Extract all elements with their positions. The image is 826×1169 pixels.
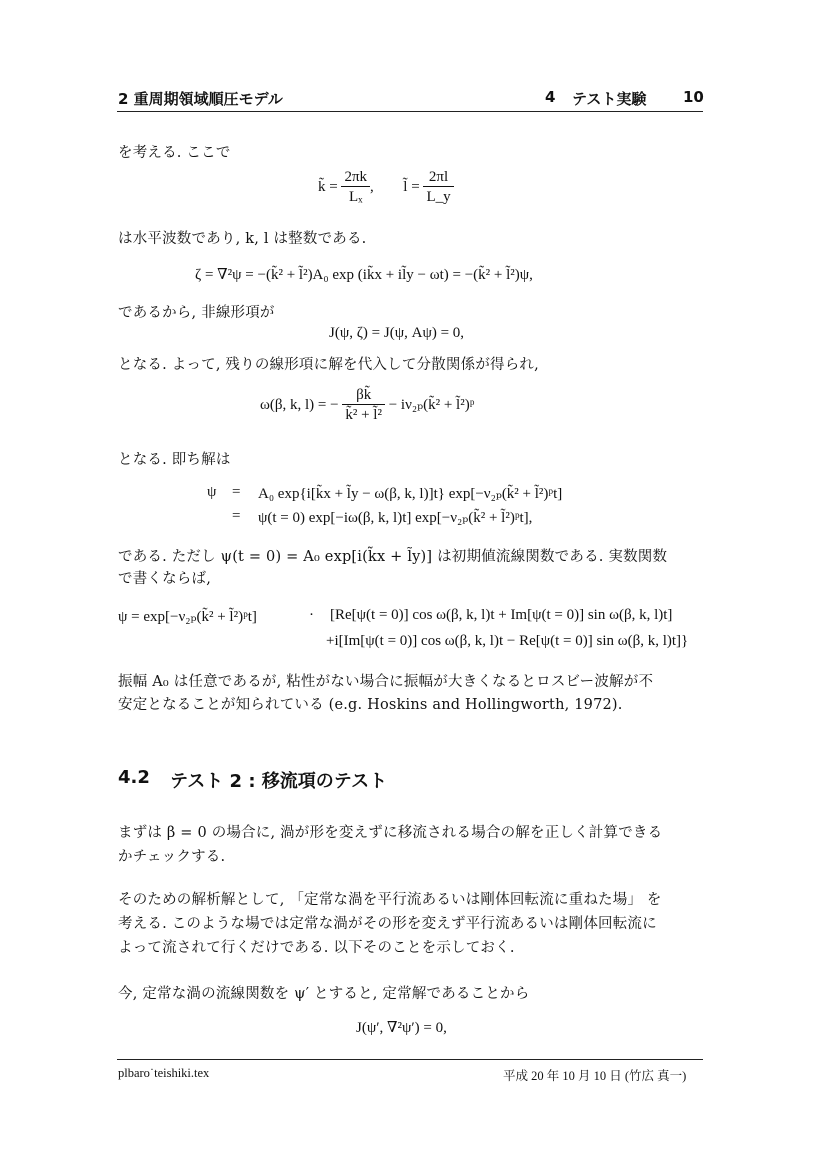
eq-l-tilde: l̃ =	[403, 179, 419, 195]
eq-solution-line2: ψ(t = 0) exp[−iω(β, k, l)t] exp[−ν₂ₚ(k̃²…	[258, 508, 532, 527]
paragraph: かチェックする.	[118, 847, 225, 867]
equation-wavenumbers: k̃ = 2πk Lₓ , l̃ = 2πl L_y	[318, 168, 454, 207]
paragraph: 安定となることが知られている (e.g. Hoskins and Holling…	[118, 695, 623, 715]
paragraph: まずは β = 0 の場合に, 渦が形を変えずに移流される場合の解を正しく計算で…	[118, 823, 662, 843]
section-title: テスト 2 : 移流項のテスト	[170, 767, 387, 793]
eq-real-line2: +i[Im[ψ(t = 0)] cos ω(β, k, l)t − Re[ψ(t…	[326, 633, 688, 650]
running-header-title: 2 重周期領域順圧モデル	[118, 88, 283, 109]
paragraph: 今, 定常な渦の流線関数を ψ′ とすると, 定常解であることから	[118, 984, 529, 1004]
paragraph: そのための解析解として, 「定常な渦を平行流あるいは剛体回転流に重ねた場」 を	[118, 890, 662, 910]
paragraph: であるから, 非線形項が	[118, 303, 275, 323]
running-header-section-title: テスト実験	[572, 88, 646, 109]
equation-vorticity: ζ = ∇²ψ = −(k̃² + l̃²)A₀ exp (ik̃x + il̃…	[195, 265, 533, 284]
fraction: 2πk Lₓ	[341, 168, 370, 207]
equation-steady: J(ψ′, ∇²ψ′) = 0,	[356, 1018, 447, 1037]
equation-jacobian: J(ψ, ζ) = J(ψ, Aψ) = 0,	[329, 325, 464, 342]
paragraph: 考える. このような場では定常な渦がその形を変えず平行流あるいは剛体回転流に	[118, 914, 657, 934]
footer-date-author: 平成 20 年 10 月 10 日 (竹広 真一)	[503, 1066, 686, 1084]
eq-real-dot: ·	[309, 607, 314, 624]
eq-solution-lhs: ψ	[207, 484, 216, 501]
eq-solution-equals: =	[232, 484, 240, 501]
paragraph: となる. 即ち解は	[118, 450, 231, 470]
paragraph: 振幅 A₀ は任意であるが, 粘性がない場合に振幅が大きくなるとロスビー波解が不	[118, 672, 653, 692]
paragraph: は水平波数であり, k, l は整数である.	[118, 229, 366, 249]
section-number: 4.2	[118, 767, 150, 788]
eq-solution-line1: A₀ exp{i[k̃x + l̃y − ω(β, k, l)]t} exp[−…	[258, 484, 562, 503]
footer-filename: plbaro˙teishiki.tex	[118, 1066, 209, 1081]
fraction: βk̃ k̃² + l̃²	[342, 386, 385, 425]
paragraph: である. ただし ψ(t = 0) = A₀ exp[i(k̃x + l̃y)]…	[118, 547, 667, 567]
eq-k-tilde: k̃ =	[318, 179, 338, 195]
paragraph: を考える. ここで	[118, 143, 231, 163]
paragraph: となる. よって, 残りの線形項に解を代入して分散関係が得られ,	[118, 355, 539, 375]
footer-rule	[117, 1059, 703, 1060]
eq-real-lhs: ψ = exp[−ν₂ₚ(k̃² + l̃²)ᵖt]	[118, 607, 257, 626]
paragraph: で書くならば,	[118, 569, 211, 589]
paragraph: よって流されて行くだけである. 以下そのことを示しておく.	[118, 938, 515, 958]
running-header-section-number: 4	[545, 88, 555, 106]
document-page: 2 重周期領域順圧モデル 4 テスト実験 10 を考える. ここで k̃ = 2…	[0, 0, 826, 1169]
fraction: 2πl L_y	[423, 168, 453, 207]
equation-dispersion: ω(β, k, l) = − βk̃ k̃² + l̃² − iν₂ₚ(k̃² …	[260, 386, 474, 425]
eq-solution-equals: =	[232, 508, 240, 525]
header-rule	[117, 111, 703, 112]
eq-real-line1: [Re[ψ(t = 0)] cos ω(β, k, l)t + Im[ψ(t =…	[330, 607, 672, 624]
page-number: 10	[683, 88, 704, 106]
